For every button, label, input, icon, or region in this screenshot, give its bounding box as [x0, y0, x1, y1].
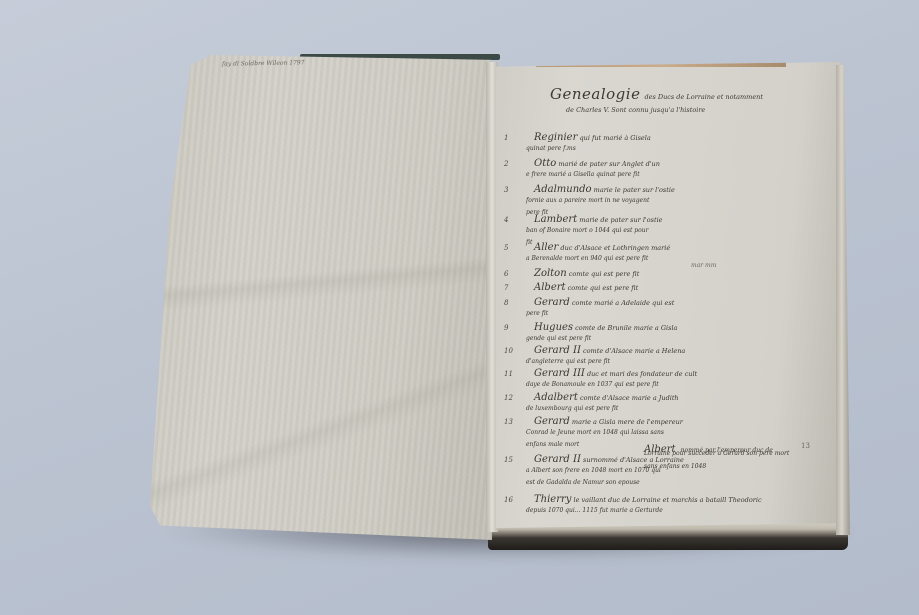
- margin-mark: mar mm: [691, 262, 716, 269]
- title-rest: des Ducs de Lorraine et notamment: [644, 93, 763, 101]
- page-subtitle: de Charles V. Sont connu jusqu'a l'histo…: [566, 106, 705, 114]
- title-word: Genealogie: [550, 85, 640, 103]
- corner-mark: 13: [801, 442, 810, 450]
- left-page-note: fay dl Soldbre Wileon 1797: [222, 59, 305, 67]
- left-page-blank: fay dl Soldbre Wileon 1797: [150, 55, 492, 540]
- right-page-genealogy: Genealogiedes Ducs de Lorraine et notamm…: [496, 62, 841, 528]
- page-title: Genealogiedes Ducs de Lorraine et notamm…: [550, 84, 763, 103]
- page-stack-edge: [836, 65, 850, 535]
- margin-note-albert: Albert nommé par l'empereur duc de Lorra…: [644, 437, 789, 476]
